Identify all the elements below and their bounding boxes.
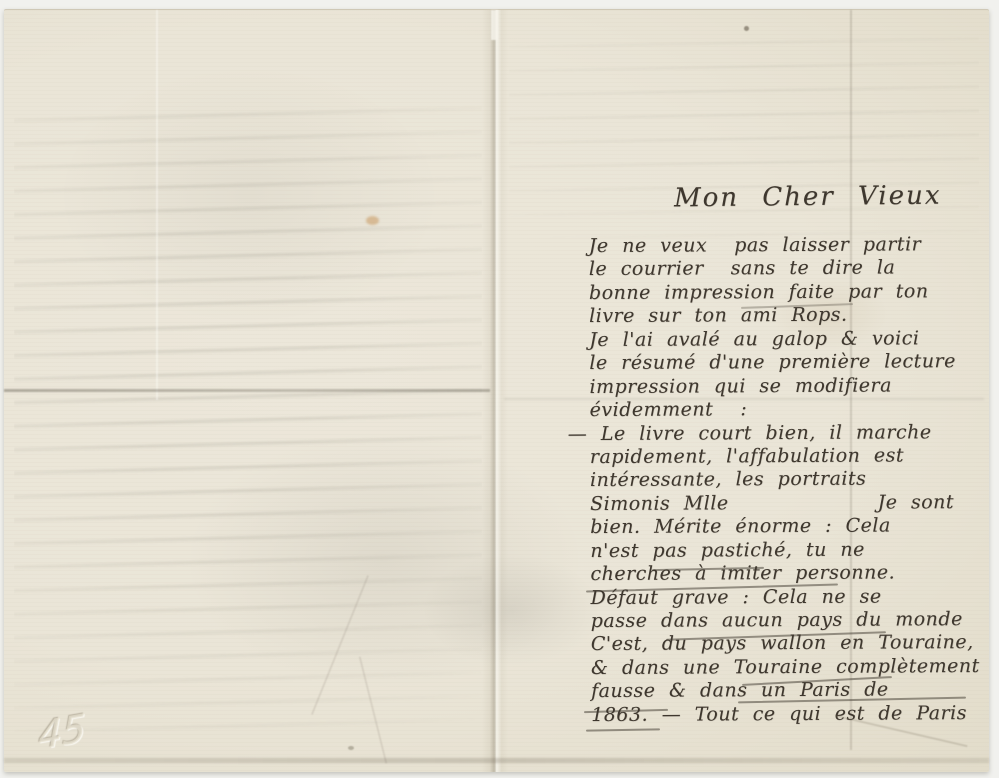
fold-notch <box>491 10 498 40</box>
letter-line: Je l'ai avalé au galop & voici <box>589 327 989 353</box>
ink-speck <box>744 26 749 31</box>
letter-line: passe dans aucun pays du monde <box>591 608 991 634</box>
ink-speck <box>348 746 354 750</box>
letter-line: rapidement, l'affabulation est <box>590 444 990 470</box>
letter-line: Je ne veux pas laisser partir <box>589 233 989 259</box>
letter-line: évidemment : <box>590 397 990 423</box>
letter-salutation: Mon Cher Vieux <box>674 181 942 214</box>
letter-line: intéressante, les portraits <box>590 467 990 493</box>
horizontal-fold-crease <box>4 389 490 392</box>
letter-line: le résumé d'une première lecture <box>589 350 989 376</box>
letter-line: Simonis Mlle Je sont <box>590 491 990 517</box>
letter-line: cherches à imiter personne. <box>590 561 990 587</box>
archival-number: 45 <box>38 705 86 758</box>
bottom-fold-shadow <box>4 758 989 763</box>
letter-line: n'est pas pastiché, tu ne <box>590 538 990 564</box>
letter-line: & dans une Touraine complètement <box>591 655 991 681</box>
vertical-crease <box>156 10 158 400</box>
ghost-writing-bleedthrough <box>14 102 482 732</box>
ink-stroke-underline <box>586 728 660 731</box>
letter-line: bonne impression faite par ton <box>589 280 989 306</box>
center-fold-crease <box>482 10 508 772</box>
letter-sheet: 45 Mon Cher Vieux Je ne veux pas laisser… <box>4 9 989 772</box>
letter-line: impression qui se modifiera <box>589 374 989 400</box>
scan-background: { "document": { "salutation": "Mon Cher … <box>0 0 999 778</box>
letter-line: — Le livre court bien, il marche <box>590 420 990 446</box>
letter-line: le courrier sans te dire la <box>589 256 989 282</box>
letter-line: 1863. — Tout ce qui est de Paris <box>591 702 991 728</box>
letter-line: bien. Mérite énorme : Cela <box>590 514 990 540</box>
